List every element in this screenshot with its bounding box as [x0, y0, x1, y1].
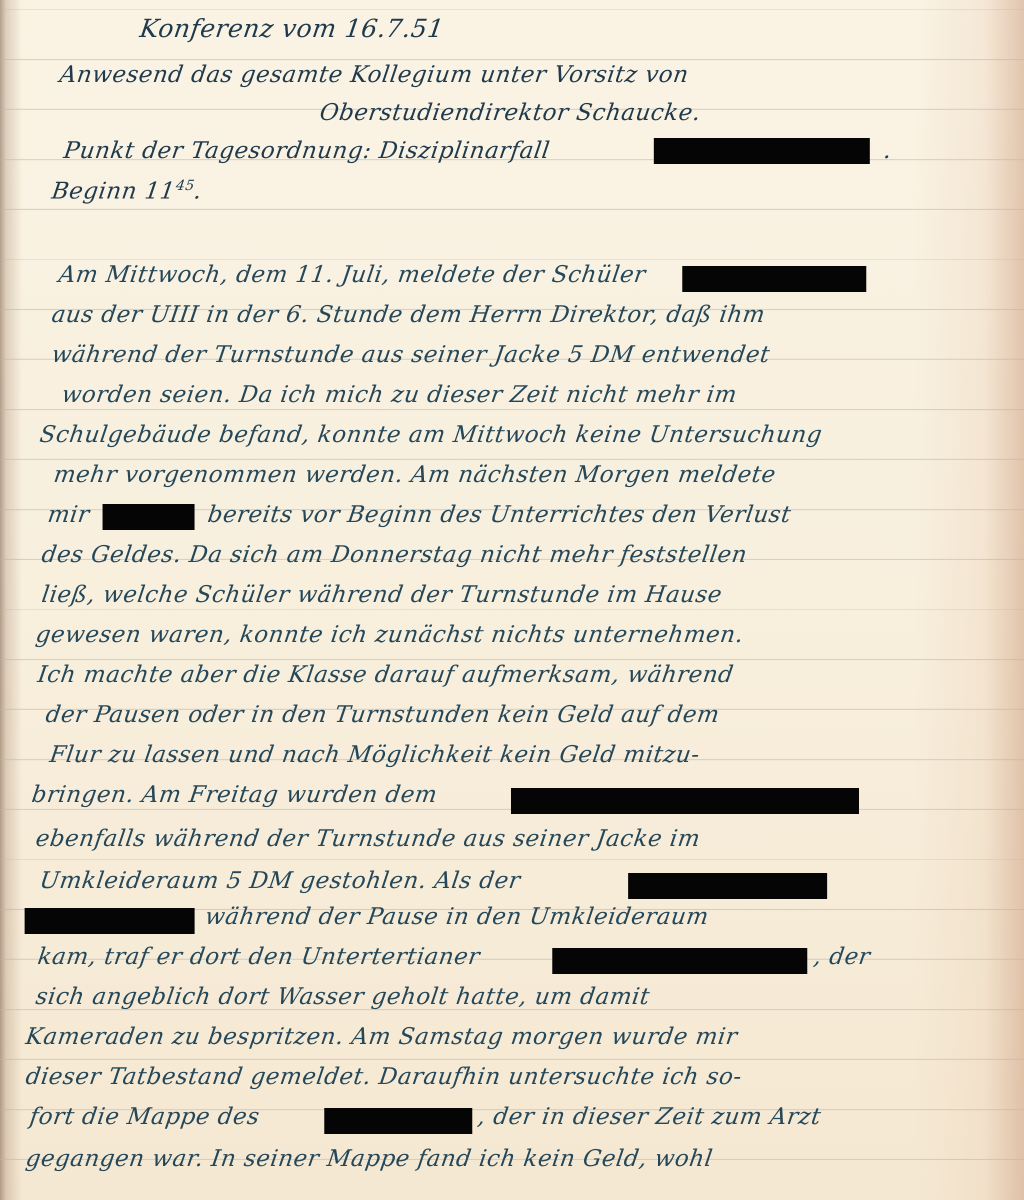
redaction-box: [552, 948, 807, 974]
line-text: mehr vorgenommen werden. Am nächsten Mor…: [52, 462, 777, 488]
redaction-box: [324, 1108, 472, 1134]
line-text: ließ, welche Schüler während der Turnstu…: [40, 582, 724, 608]
body-line: gewesen waren, konnte ich zunächst nicht…: [34, 622, 745, 648]
line-text-after: bereits vor Beginn des Unterrichtes den …: [206, 502, 793, 528]
attendance-text-1: Anwesend das gesamte Kollegium unter Vor…: [58, 62, 690, 88]
body-line: dieser Tatbestand gemeldet. Daraufhin un…: [24, 1064, 744, 1090]
body-line: gegangen war. In seiner Mappe fand ich k…: [24, 1146, 714, 1172]
body-line: mirbereits vor Beginn des Unterrichtes d…: [46, 502, 91, 528]
line-text: ebenfalls während der Turnstunde aus sei…: [34, 826, 702, 852]
redaction-box: [654, 138, 870, 164]
body-line: worden seien. Da ich mich zu dieser Zeit…: [60, 382, 739, 408]
body-line: fort die Mappe des, der in dieser Zeit z…: [28, 1104, 261, 1130]
line-text: mir: [46, 502, 91, 528]
line-text-after: , der in dieser Zeit zum Arzt: [476, 1104, 823, 1130]
line-text: bringen. Am Freitag wurden dem: [30, 782, 439, 808]
line-text: sich angeblich dort Wasser geholt hatte,…: [34, 984, 652, 1010]
attendance-line-2: Oberstudiendirektor Schaucke.: [318, 100, 702, 126]
redaction-box: [103, 504, 195, 530]
redaction-box: [628, 873, 827, 899]
line-text-after: während der Pause in den Umkleideraum: [203, 904, 710, 930]
body-line: Am Mittwoch, dem 11. Juli, meldete der S…: [57, 262, 647, 288]
line-text: gewesen waren, konnte ich zunächst nicht…: [34, 622, 745, 648]
body-line: ließ, welche Schüler während der Turnstu…: [40, 582, 724, 608]
body-line: Kameraden zu bespritzen. Am Samstag morg…: [24, 1024, 739, 1050]
body-line: aus der UIII in der 6. Stunde dem Herrn …: [50, 302, 767, 328]
body-line: sich angeblich dort Wasser geholt hatte,…: [34, 984, 652, 1010]
body-line: Umkleideraum 5 DM gestohlen. Als der: [38, 868, 522, 894]
line-text: Am Mittwoch, dem 11. Juli, meldete der S…: [57, 262, 647, 288]
body-line: des Geldes. Da sich am Donnerstag nicht …: [40, 542, 749, 568]
body-line: Ich machte aber die Klasse darauf aufmer…: [36, 662, 735, 688]
start-text: Beginn 11: [50, 179, 177, 205]
body-line: mehr vorgenommen werden. Am nächsten Mor…: [52, 462, 777, 488]
body-line: kam, traf er dort den Untertertianer, de…: [36, 944, 482, 970]
line-text: während der Turnstunde aus seiner Jacke …: [50, 342, 772, 368]
line-text: Umkleideraum 5 DM gestohlen. Als der: [38, 868, 522, 894]
start-time-line: Beginn 1145.: [50, 178, 204, 205]
body-line: Schulgebäude befand, konnte am Mittwoch …: [38, 422, 824, 448]
line-text: Kameraden zu bespritzen. Am Samstag morg…: [24, 1024, 739, 1050]
redaction-box: [511, 788, 859, 814]
body-line: der Pausen oder in den Turnstunden kein …: [44, 702, 721, 728]
line-text: des Geldes. Da sich am Donnerstag nicht …: [40, 542, 749, 568]
body-line: ebenfalls während der Turnstunde aus sei…: [34, 826, 702, 852]
line-text: Flur zu lassen und nach Möglichkeit kein…: [48, 742, 701, 768]
line-text: dieser Tatbestand gemeldet. Daraufhin un…: [24, 1064, 744, 1090]
attendance-text-2: Oberstudiendirektor Schaucke.: [318, 100, 702, 126]
agenda-suffix: .: [882, 138, 893, 164]
agenda-line: Punkt der Tagesordnung: Disziplinarfall …: [62, 138, 552, 164]
line-text: fort die Mappe des: [28, 1104, 261, 1130]
body-line: bringen. Am Freitag wurden dem: [30, 782, 439, 808]
line-text: der Pausen oder in den Turnstunden kein …: [44, 702, 721, 728]
line-text: Ich machte aber die Klasse darauf aufmer…: [36, 662, 735, 688]
agenda-text: Punkt der Tagesordnung: Disziplinarfall: [62, 138, 552, 164]
redaction-box: [25, 908, 195, 934]
line-text: kam, traf er dort den Untertertianer: [36, 944, 482, 970]
title-text: Konferenz vom 16.7.51: [138, 14, 446, 43]
redaction-box: [682, 266, 866, 292]
notebook-page: Konferenz vom 16.7.51 Anwesend das gesam…: [0, 0, 1024, 1200]
attendance-line-1: Anwesend das gesamte Kollegium unter Vor…: [58, 62, 690, 88]
line-text: gegangen war. In seiner Mappe fand ich k…: [24, 1146, 714, 1172]
line-text: worden seien. Da ich mich zu dieser Zeit…: [60, 382, 739, 408]
body-line: Flur zu lassen und nach Möglichkeit kein…: [48, 742, 701, 768]
body-line: während der Turnstunde aus seiner Jacke …: [50, 342, 772, 368]
line-text: Schulgebäude befand, konnte am Mittwoch …: [38, 422, 824, 448]
line-text: aus der UIII in der 6. Stunde dem Herrn …: [50, 302, 767, 328]
document-title: Konferenz vom 16.7.51: [138, 14, 446, 43]
line-text-after: , der: [812, 944, 872, 970]
